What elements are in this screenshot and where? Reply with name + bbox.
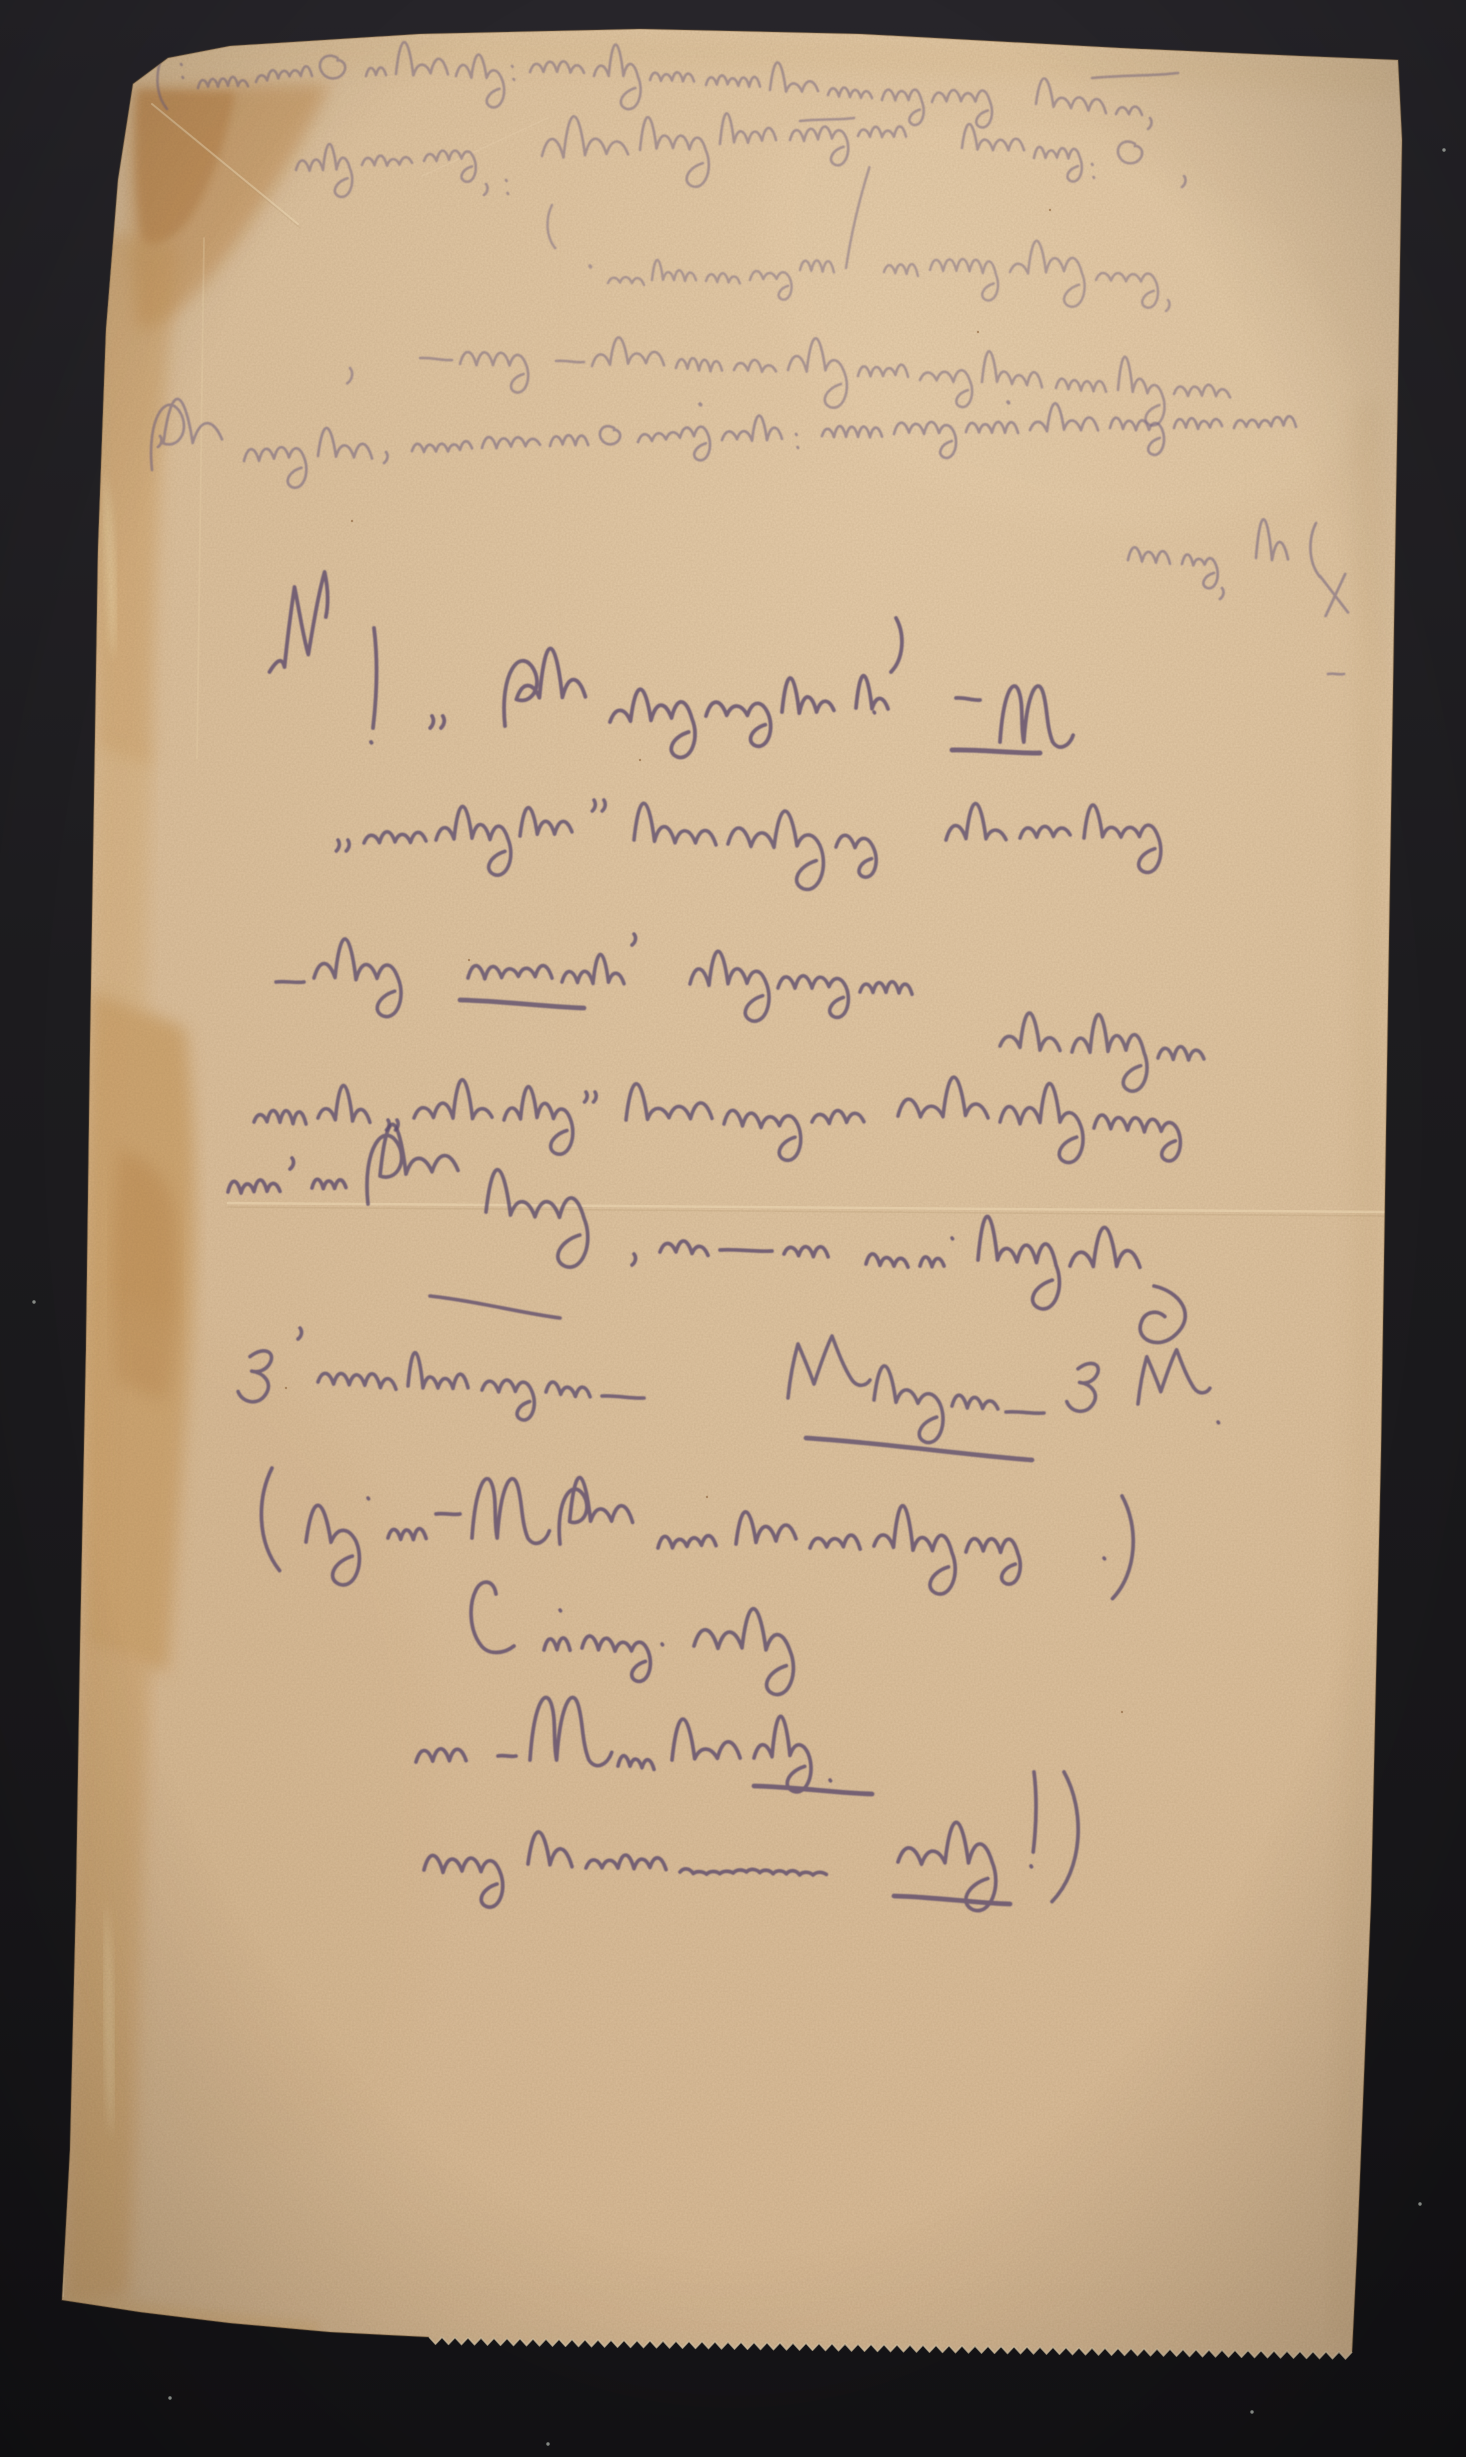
manuscript-scan <box>0 0 1466 2457</box>
scanned-page: Scanned page of an aged handwritten manu… <box>0 0 1466 2457</box>
photo-vignette <box>0 0 1466 2457</box>
